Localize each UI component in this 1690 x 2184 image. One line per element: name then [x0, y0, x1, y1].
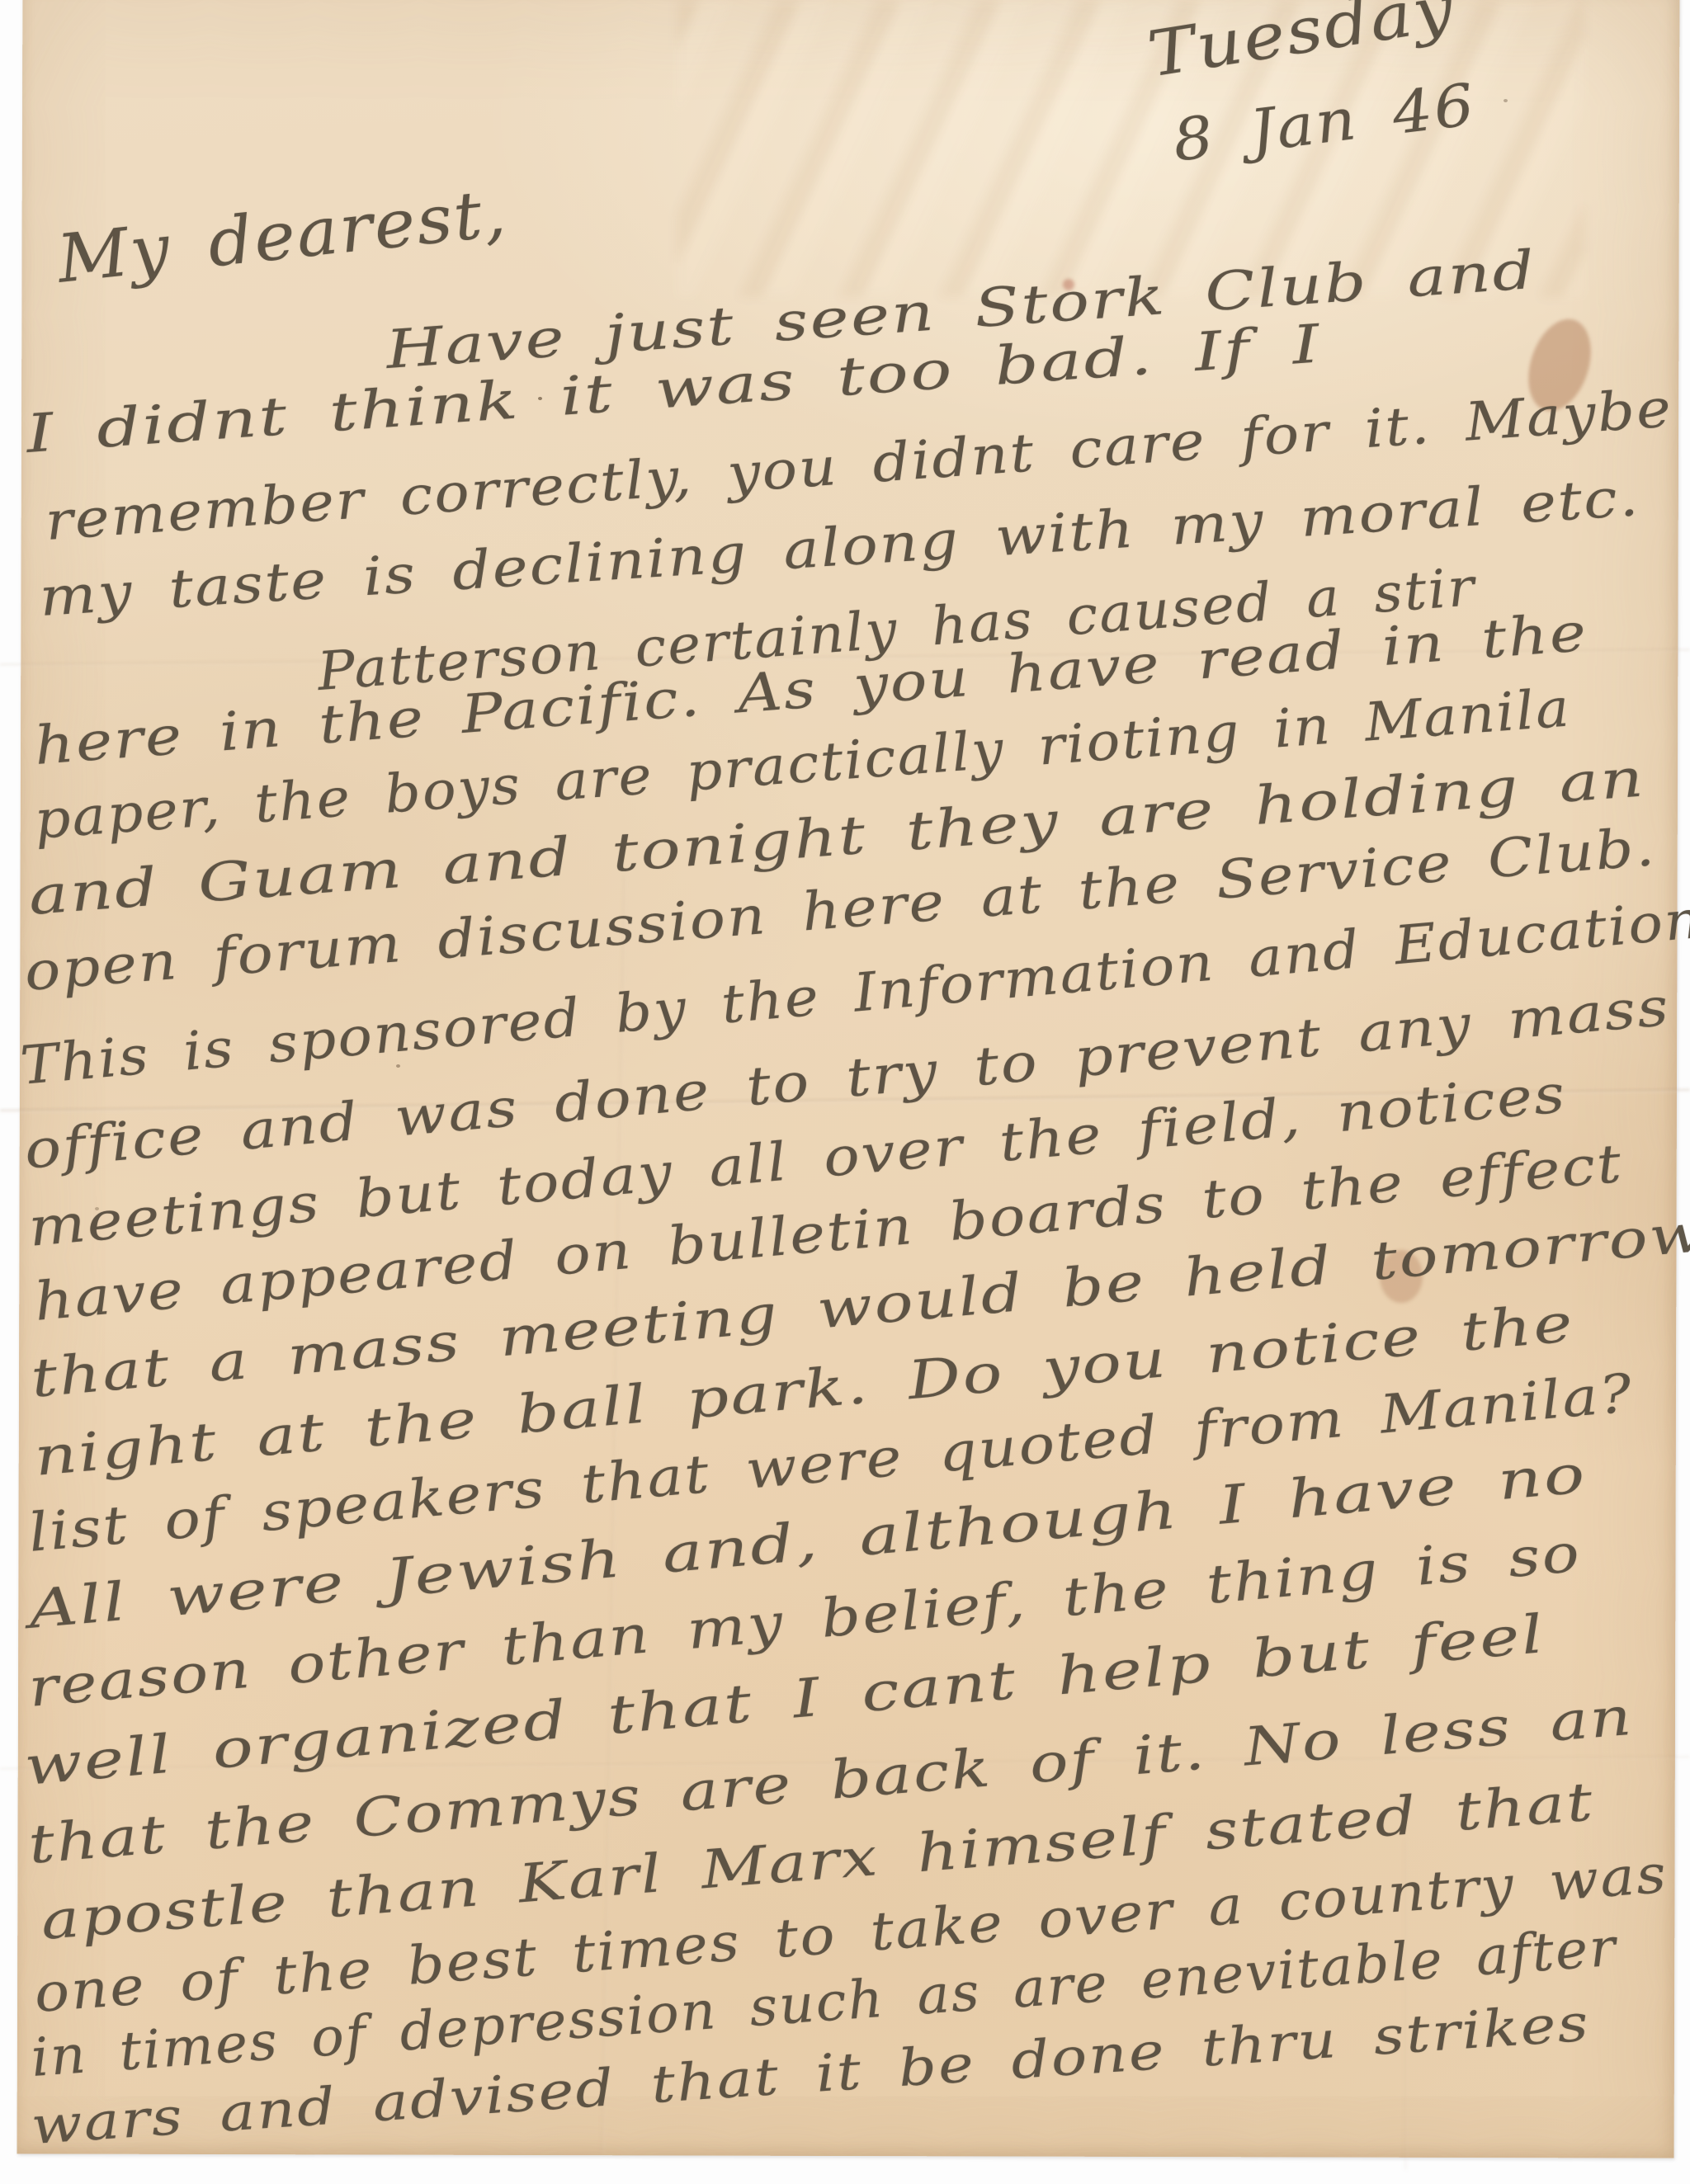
letter-paper — [17, 0, 1680, 2158]
paper-speck — [1504, 99, 1508, 102]
paper-speck — [396, 1064, 400, 1068]
scanned-letter-page: Tuesday 8 Jan 46 My dearest, Have just s… — [0, 0, 1690, 2184]
paper-speck — [95, 1207, 99, 1210]
paper-speck — [538, 397, 542, 400]
